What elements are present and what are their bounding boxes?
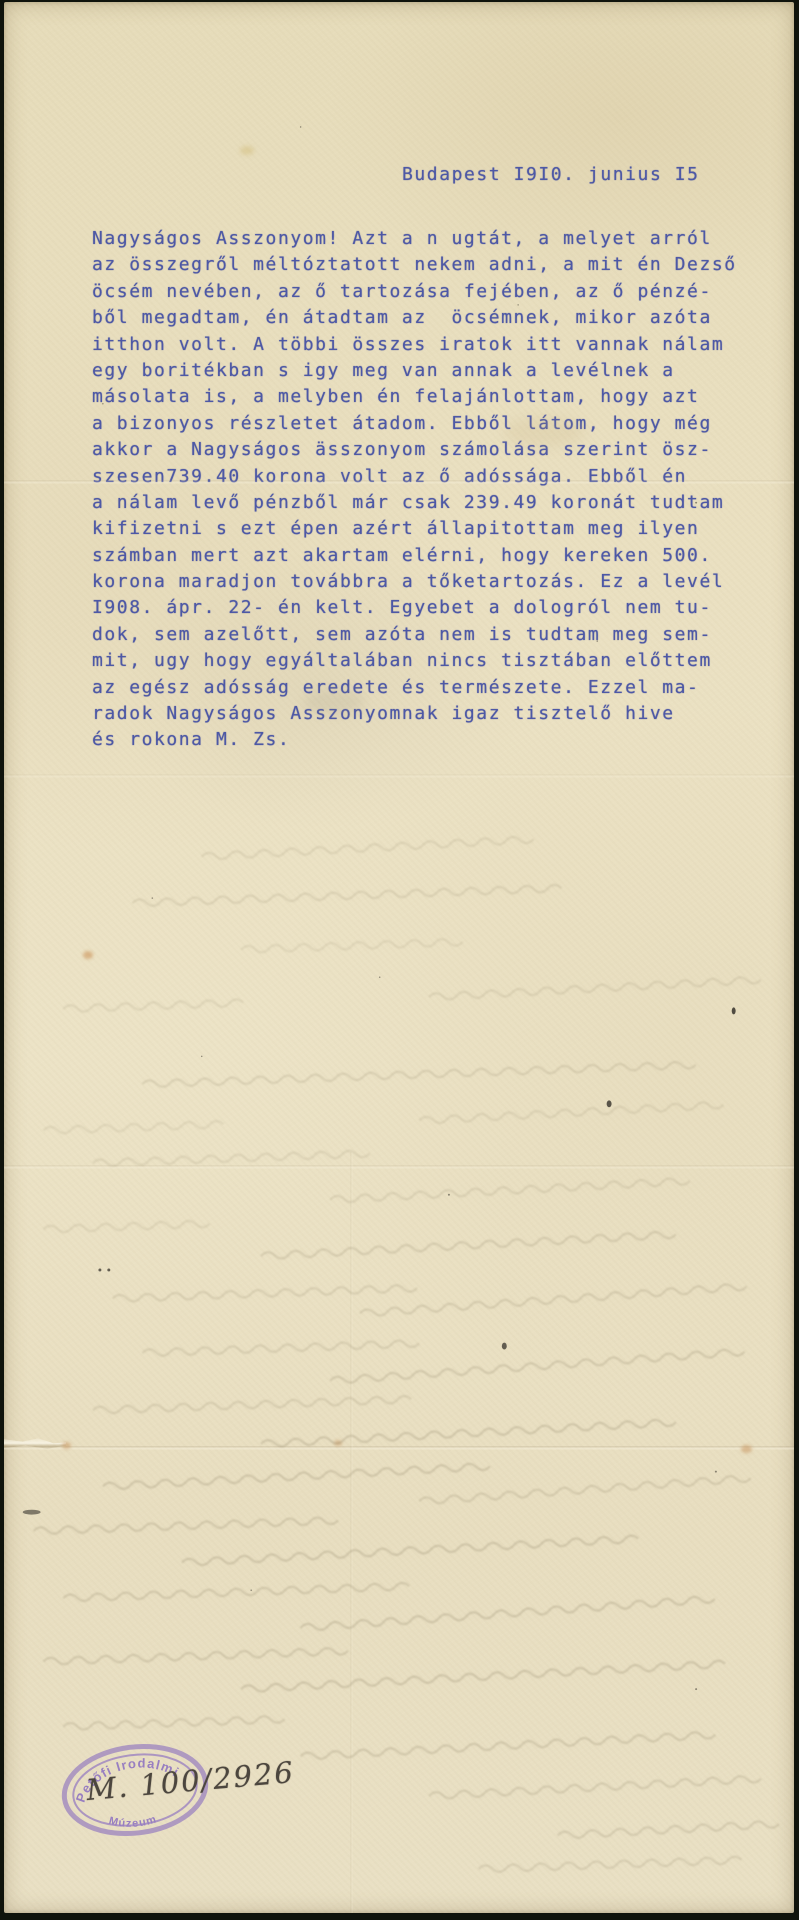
letter-line: itthon volt. A többi összes iratok itt v… <box>92 332 737 358</box>
letter-line: számban mert azt akartam elérni, hogy ke… <box>92 543 737 569</box>
foxing-spot <box>240 146 254 155</box>
letter-line: kifizetni s ezt épen azért állapitottam … <box>92 516 737 542</box>
foxing-spot <box>741 1445 752 1453</box>
letter-line: egy boritékban s igy meg van annak a lev… <box>92 358 737 384</box>
letter-line: dok, sem azelőtt, sem azóta nem is tudta… <box>92 622 737 648</box>
letter-line: mit, ugy hogy egyáltalában nincs tisztáb… <box>92 648 737 674</box>
letter-line: öcsém nevében, az ő tartozása fejében, a… <box>92 279 737 305</box>
letter-line: az összegről méltóztatott nekem adni, a … <box>92 252 737 278</box>
letter-line: a bizonyos részletet átadom. Ebből látom… <box>92 411 737 437</box>
foxing-spot <box>334 1440 342 1446</box>
letter-dateline: Budapest I9I0. junius I5 <box>402 162 700 188</box>
letter-line: Nagyságos Asszonyom! Azt a n ugtát, a me… <box>92 226 737 252</box>
letter-line: másolata is, a melyben én felajánlottam,… <box>92 384 737 410</box>
paper-tear <box>4 1436 66 1452</box>
letter-line: radok Nagyságos Asszonyomnak igaz tiszte… <box>92 701 737 727</box>
fold-crease <box>4 1446 794 1450</box>
fold-crease-vertical <box>350 1152 353 1913</box>
scanned-letter: Budapest I9I0. junius I5 Nagyságos Asszo… <box>0 0 799 1920</box>
letter-line: a nálam levő pénzből már csak 239.49 kor… <box>92 490 737 516</box>
fold-crease <box>4 774 794 778</box>
foxing-spot <box>83 951 93 959</box>
letter-line: korona maradjon továbbra a tőketartozás.… <box>92 569 737 595</box>
letter-line: akkor a Nagyságos ässzonyom számolása sz… <box>92 437 737 463</box>
letter-body: Nagyságos Asszonyom! Azt a n ugtát, a me… <box>92 226 737 754</box>
foxing-spot <box>62 1442 71 1449</box>
letter-line: ből megadtam, én átadtam az öcsémnek, mi… <box>92 305 737 331</box>
letter-line: és rokona M. Zs. <box>92 727 737 753</box>
letter-line: szesen739.40 korona volt az ő adóssága. … <box>92 464 737 490</box>
letter-line: I908. ápr. 22- én kelt. Egyebet a dologr… <box>92 595 737 621</box>
fold-crease <box>4 1165 794 1169</box>
letter-paper: Budapest I9I0. junius I5 Nagyságos Asszo… <box>4 2 794 1913</box>
letter-line: az egész adósság eredete és természete. … <box>92 675 737 701</box>
